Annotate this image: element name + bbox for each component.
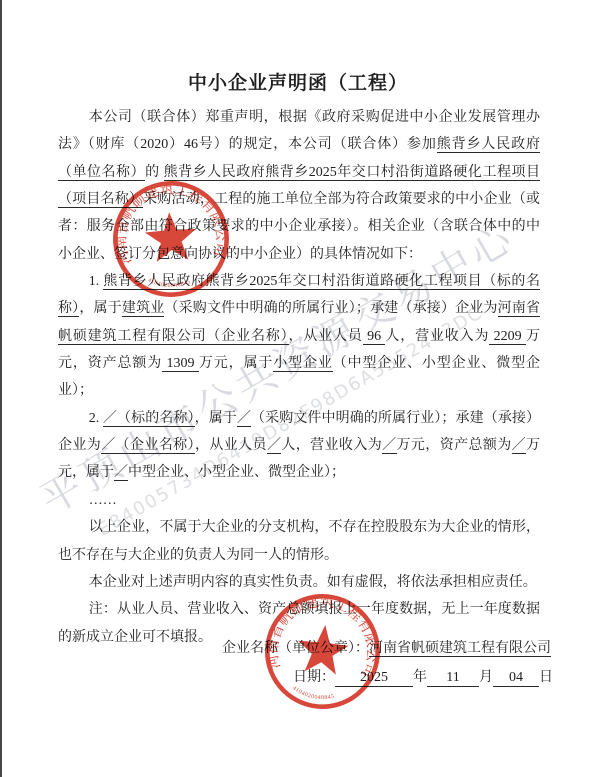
seal-graphic: 河南省帆硕建筑工程有限公司 4104020048845 (258, 587, 387, 716)
seal-graphic: 河南省帆硕建筑工程有限公司 4104020048845 (108, 176, 234, 302)
paragraph-no-large-enterprise: 以上企业，不属于大企业的分支机构，不存在控股股东为大企业的情形，也不存在与大企业… (58, 514, 540, 569)
paragraph-item-2: 2. ／（标的名称），属于／（采购文件中明确的所属行业）；承建（承接）企业为／（… (58, 405, 540, 487)
scan-edge-shadow (0, 0, 2, 777)
date-month-suffix: 月 (479, 670, 493, 685)
company-seal-bottom: 河南省帆硕建筑工程有限公司 4104020048845 (258, 587, 387, 716)
date-day-suffix: 日 (539, 670, 553, 685)
declaration-document-page: 平顶山市公共资源交易中心 E84005734D6419D82F98D6A5552… (0, 0, 596, 777)
paragraph-ellipsis: …… (58, 487, 540, 514)
date-day-value: 04 (493, 669, 539, 687)
seal-serial-text: 4104020048845 (146, 275, 192, 291)
seal-star-icon (295, 622, 351, 675)
company-name-value: 河南省帆硕建筑工程有限公司 (369, 641, 551, 657)
seal-star-icon (144, 210, 199, 262)
company-seal-top: 河南省帆硕建筑工程有限公司 4104020048845 (108, 176, 234, 302)
document-title: 中小企业声明函（工程） (0, 68, 596, 95)
date-month-value: 11 (427, 669, 479, 687)
date-year-suffix: 年 (413, 670, 427, 685)
